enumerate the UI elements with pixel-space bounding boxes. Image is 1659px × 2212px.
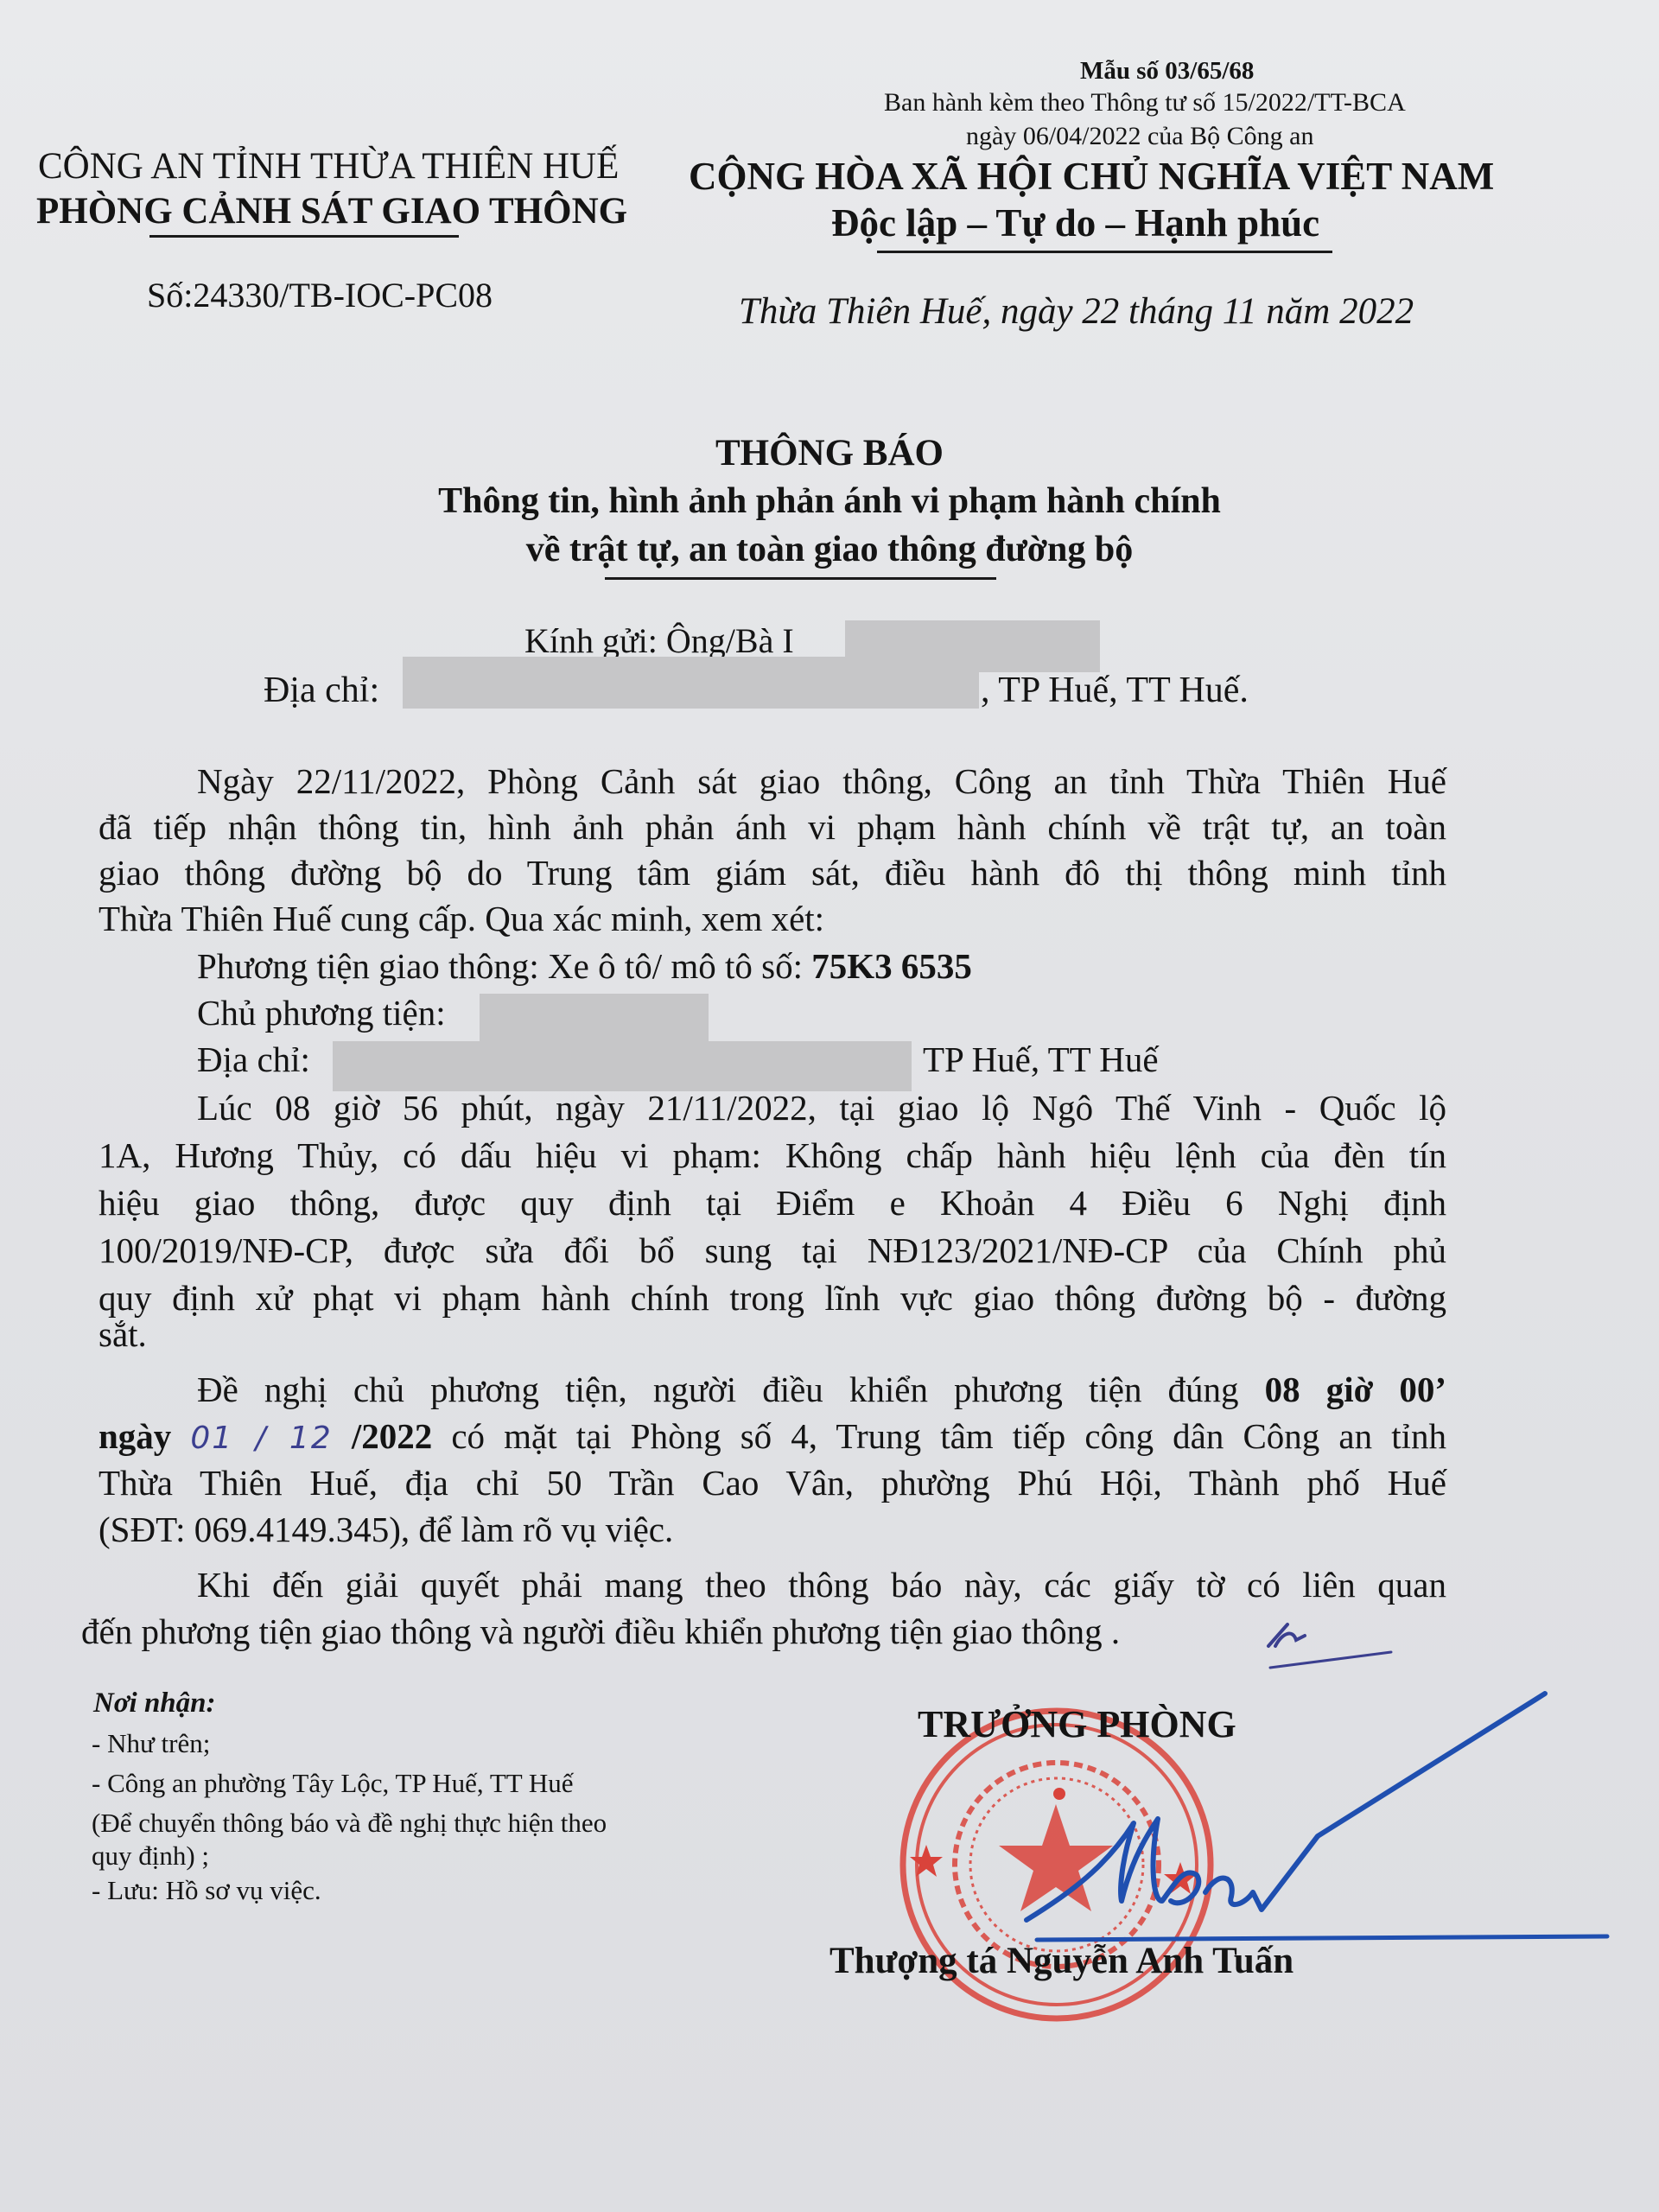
- signer-name: Thượng tá Nguyễn Anh Tuấn: [829, 1940, 1294, 1982]
- handwritten-signature-icon: [0, 0, 1659, 2212]
